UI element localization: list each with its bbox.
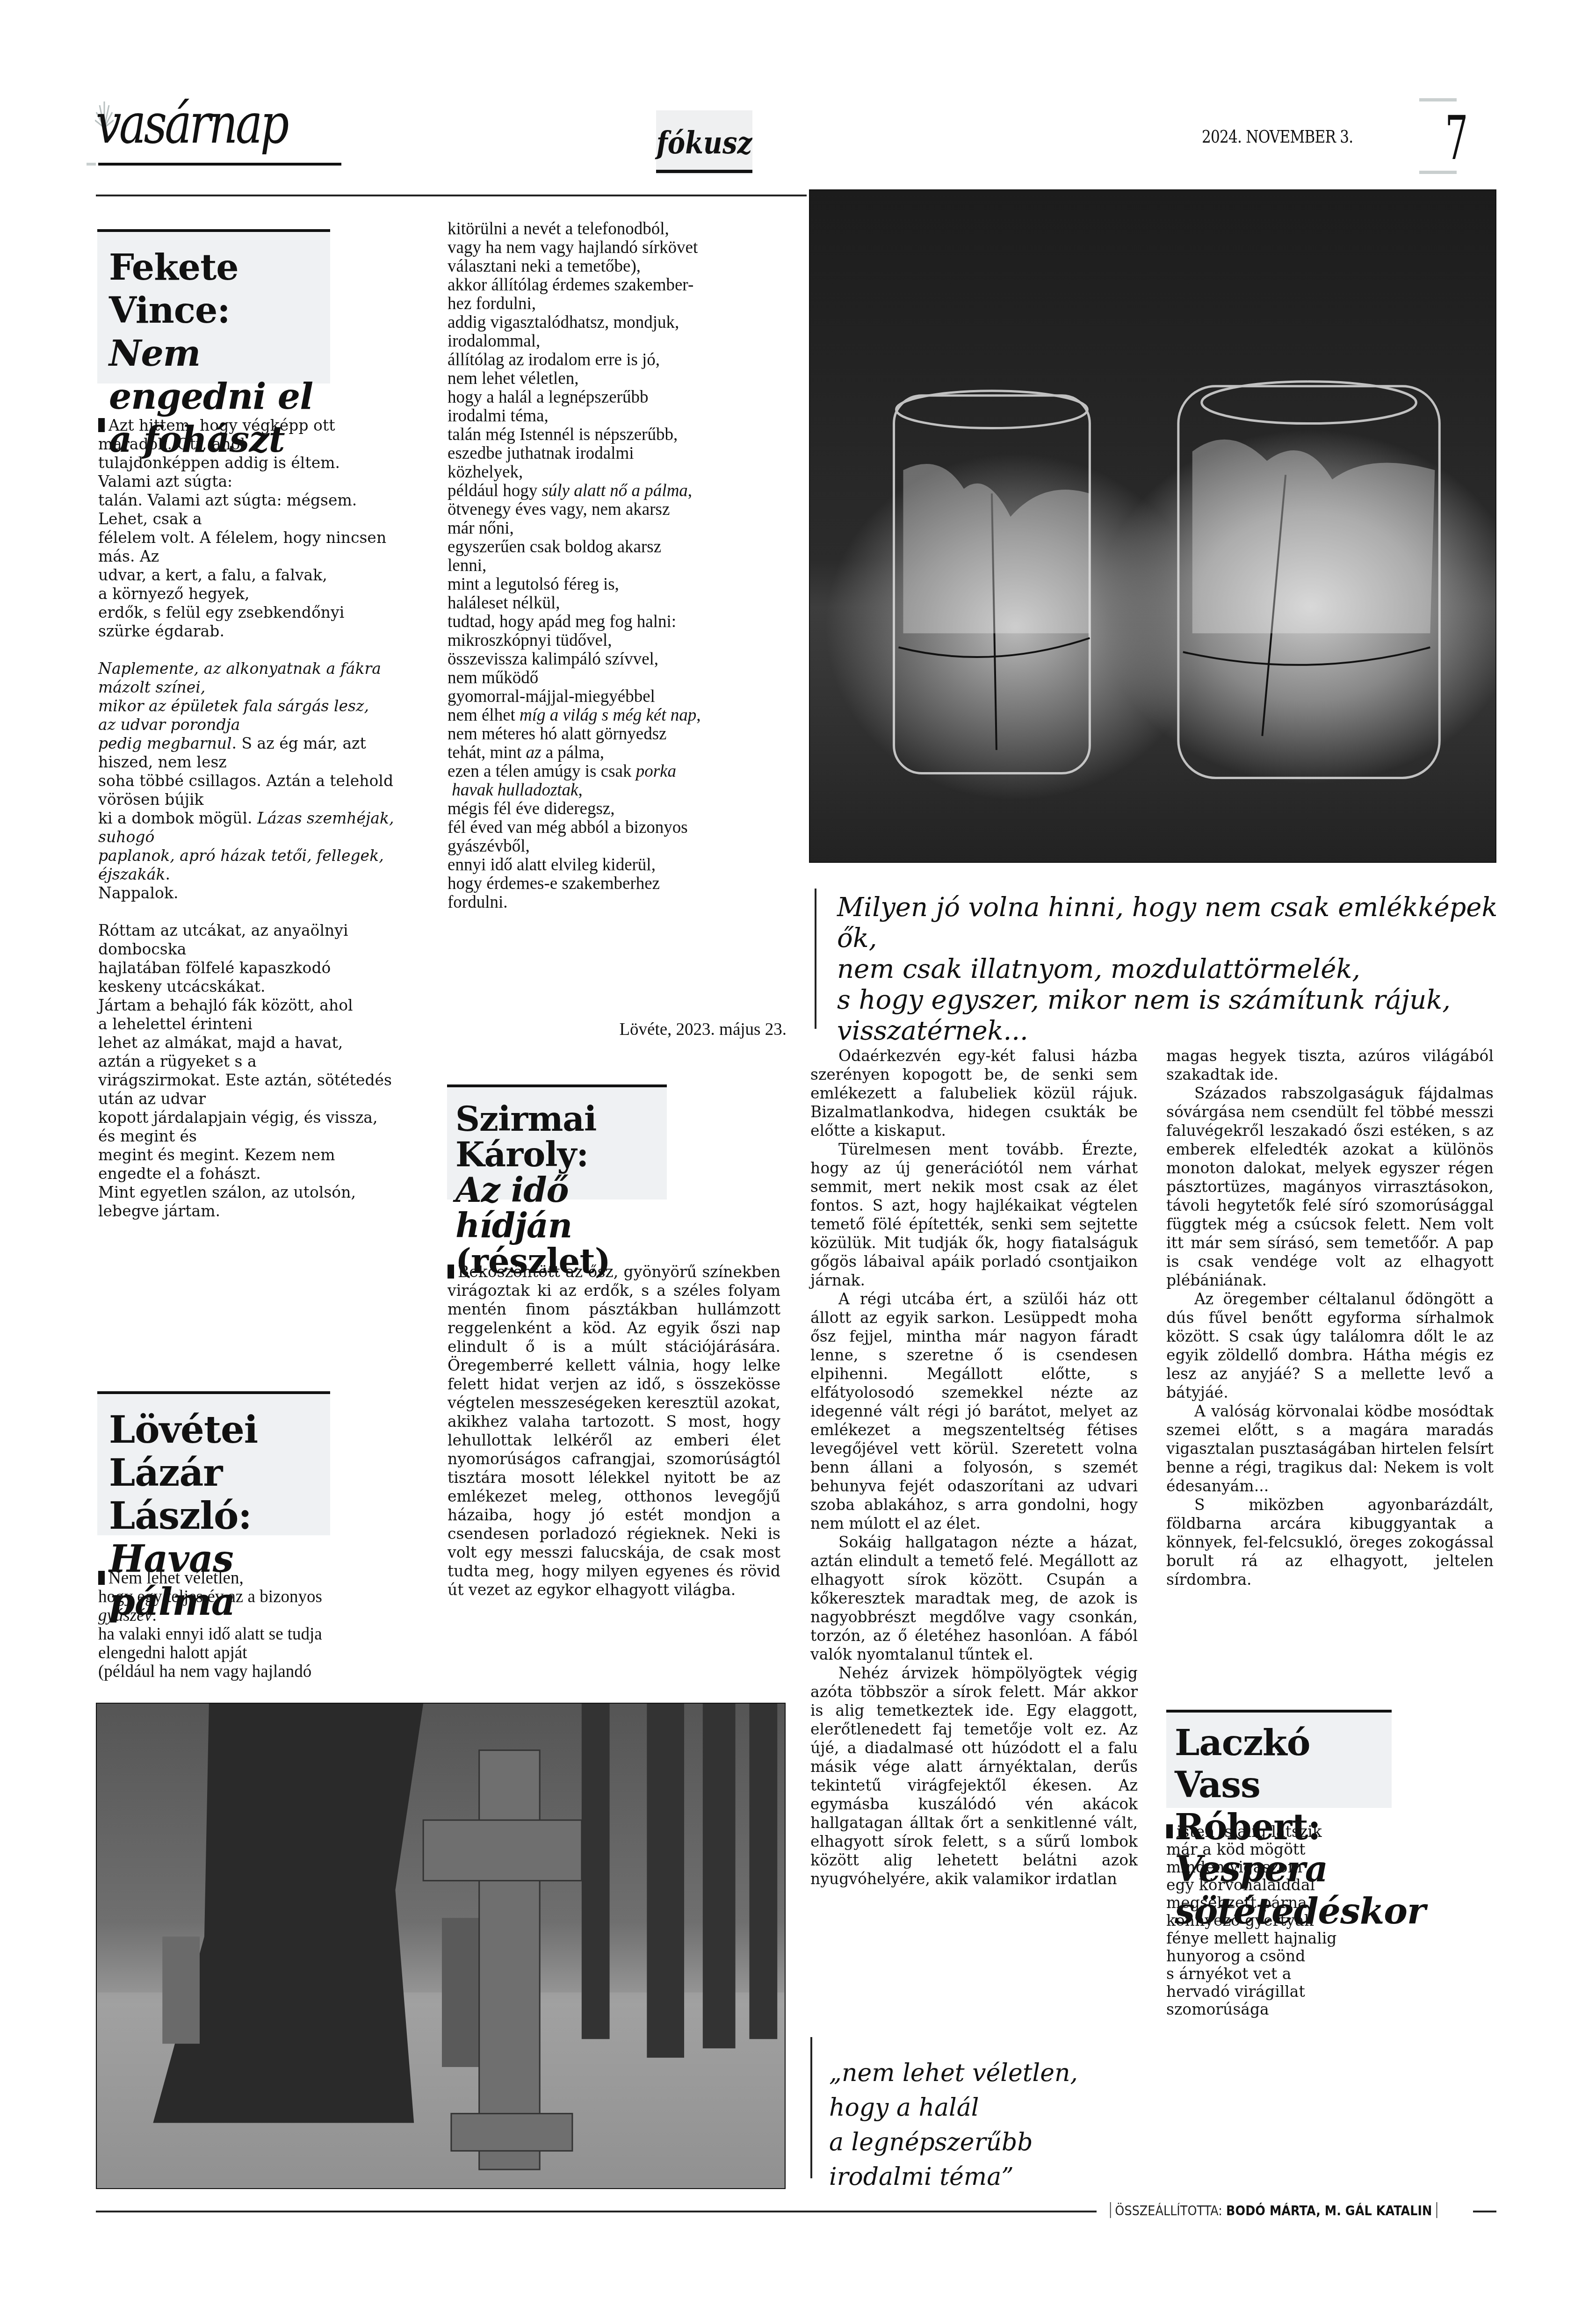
- page-number: 7: [1445, 108, 1468, 168]
- pull-quote-text: „nem lehet véletlen, hogy a halál a legn…: [829, 2056, 1100, 2194]
- header-rule: [96, 195, 807, 196]
- article-title: Szirmai Károly: Az idő hídján (részlet): [455, 1101, 667, 1279]
- poem-line: mikroszkópnyi tüdővel,: [448, 631, 784, 650]
- poem-line: nem működő: [448, 669, 784, 687]
- page-number-rule-bottom: [1419, 171, 1457, 174]
- poem-line: lehet az almákat, majd a havat,: [98, 1034, 426, 1052]
- poem-line: Jártam a behajló fák között, ahol: [98, 996, 426, 1015]
- story-body-col1: Beköszöntött az ősz, gyönyörű színekben …: [448, 1263, 780, 1599]
- author-name: Fekete Vince:: [109, 246, 330, 332]
- poem-line: más. Az: [98, 547, 426, 566]
- poem-line: és megint és: [98, 1127, 426, 1146]
- poem-line: a lehelettel érinteni: [98, 1015, 426, 1034]
- poem-line: isten is alig látszik: [1166, 1823, 1494, 1841]
- poem-line: után az udvar: [98, 1090, 426, 1108]
- poem-line: suhogó: [98, 828, 426, 846]
- poem-line: s árnyékot vet a: [1166, 1965, 1494, 1983]
- poem-body-fekete: Azt hittem, hogy végképp ottmaradok. Ott…: [98, 416, 426, 1221]
- poem-line: pedig megbarnul. S az ég már, azt: [98, 734, 426, 753]
- poem-line: fél éved van még abból a bizonyos: [448, 818, 784, 837]
- poem-line: minden vigaszom: [1166, 1858, 1494, 1876]
- cemetery-illustration-icon: [97, 1704, 785, 2188]
- poem-line: fénye mellett hajnalig: [1166, 1930, 1494, 1947]
- poem-line: addig vigasztalódhatsz, mondjuk,: [448, 313, 784, 332]
- logo-underline-accent: [87, 163, 96, 166]
- poem-line: Naplemente, az alkonyatnak a fákra: [98, 659, 426, 678]
- author-name: Laczkó Vass: [1175, 1722, 1392, 1806]
- poem-line: könnyező gyertyák: [1166, 1912, 1494, 1930]
- poem-line: virágszirmokat. Este aztán, sötétedés: [98, 1071, 426, 1090]
- page-number-rule-top: [1419, 98, 1457, 101]
- poem-line: egy körvonalaiddal: [1166, 1876, 1494, 1894]
- poem-line: dombocska: [98, 940, 426, 959]
- poem-line: állítólag az irodalom erre is jó,: [448, 351, 784, 369]
- paragraph: Százados rabszolgaságuk fájdalmas sóvárg…: [1166, 1084, 1494, 1290]
- newspaper-logo: vasárnap: [96, 96, 287, 151]
- poem-line: hiszed, nem lesz: [98, 753, 426, 772]
- poem-line: ha valaki ennyi idő alatt se tudja: [98, 1625, 426, 1644]
- author-name-cont: Lázár László:: [109, 1451, 330, 1537]
- poem-line: hogy érdemes-e szakemberhez: [448, 875, 784, 893]
- poem-line: ezen a télen amúgy is csak porka: [448, 762, 784, 781]
- poem-line: tudtad, hogy apád meg fog halni:: [448, 613, 784, 631]
- section-label-underline: [656, 170, 752, 173]
- poem-line: már nőni,: [448, 519, 784, 538]
- article-title-box-lovetei: Lövétei Lázár László: Havas pálma: [97, 1391, 330, 1535]
- poem-line: irodalommal,: [448, 332, 784, 351]
- story-body-col2: Odaérkezvén egy-két falusi házba szerény…: [810, 1047, 1138, 1888]
- footer-rule-end: [1473, 2211, 1496, 2212]
- paragraph: magas hegyek tiszta, azúros világából sz…: [1166, 1047, 1494, 1084]
- paragraph: S miközben agyonbarázdált, földbarna arc…: [1166, 1496, 1494, 1589]
- author-name: Lövétei: [109, 1408, 330, 1451]
- poem-line: fordulni.: [448, 893, 784, 912]
- poem-line: az udvar porondja: [98, 716, 426, 734]
- divider: [1110, 2202, 1111, 2218]
- poem-line: Róttam az utcákat, az anyaölnyi: [98, 921, 426, 940]
- credits: ÖSSZEÁLLÍTOTTA: BODÓ MÁRTA, M. GÁL KATAL…: [1106, 2202, 1441, 2219]
- article-title-box-laczko-bg: Laczkó Vass Róbert: Vespera sötétedéskor: [1166, 1710, 1392, 1808]
- poem-line: keskeny utcácskákat.: [98, 977, 426, 996]
- pull-quote-death-theme: „nem lehet véletlen, hogy a halál a legn…: [810, 2037, 1100, 2178]
- poem-line: Lehet, csak a: [98, 510, 426, 528]
- poem-line: erdők, s felül egy zsebkendőnyi: [98, 603, 426, 622]
- poem-line: aztán a rügyeket s a: [98, 1052, 426, 1071]
- poem-line: udvar, a kert, a falu, a falvak,: [98, 566, 426, 585]
- poem-line: gyászév:: [98, 1606, 426, 1625]
- credits-names: BODÓ MÁRTA, M. GÁL KATALIN: [1226, 2203, 1432, 2219]
- poem-line: haláleset nélkül,: [448, 594, 784, 613]
- poem-line: hogy a halál a legnépszerűbb: [448, 388, 784, 407]
- poem-title: Nem engedni el: [109, 332, 330, 418]
- article-title-box-fekete: Fekete Vince: Nem engedni el a fohászt: [97, 229, 330, 383]
- article-title-box-szirmai: Szirmai Károly: Az idő hídján (részlet): [447, 1084, 667, 1200]
- poem-line: megsebzett párna: [1166, 1894, 1494, 1912]
- jars-illustration-icon: [810, 190, 1495, 862]
- poem-body-laczko: isten is alig látszikmár a köd mögöttmin…: [1166, 1823, 1494, 2018]
- pull-quote-memories: Milyen jó volna hinni, hogy nem csak eml…: [815, 889, 1502, 1029]
- paragraph: A régi utcába ért, a szülői ház ott állo…: [810, 1290, 1138, 1533]
- poem-line: gyomorral-májjal-miegyébbel: [448, 687, 784, 706]
- poem-line: összevissza kalimpáló szívvel,: [448, 650, 784, 669]
- poem-line: szomorúsága: [1166, 2001, 1494, 2018]
- poem-line: gyászévből,: [448, 837, 784, 856]
- poem-line: eszedbe juthatnak irodalmi: [448, 444, 784, 463]
- lead-marker: [98, 418, 105, 432]
- poem-line: vagy ha nem vagy hajlandó sírkövet: [448, 239, 784, 257]
- poem-line: Nappalok.: [98, 884, 426, 903]
- author-name: Szirmai Károly:: [455, 1101, 667, 1172]
- poem-line: soha többé csillagos. Aztán a telehold: [98, 772, 426, 790]
- poem-line: már a köd mögött: [1166, 1841, 1494, 1858]
- poem-line: mázolt színei,: [98, 678, 426, 697]
- poem-line: hez fordulni,: [448, 295, 784, 313]
- pull-quote-text: Milyen jó volna hinni, hogy nem csak eml…: [837, 892, 1502, 1047]
- poem-line: mégis fél éve dideregsz,: [448, 800, 784, 818]
- logo-underline: [98, 163, 341, 166]
- paragraph: Beköszöntött az ősz, gyönyörű színekben …: [448, 1263, 780, 1599]
- poem-line: hervadó virágillat: [1166, 1983, 1494, 2001]
- poem-line: lebegve jártam.: [98, 1202, 426, 1221]
- lead-marker: [98, 1571, 105, 1585]
- poem-line: paplanok, apró házak tetői, fellegek,: [98, 846, 426, 865]
- poem-line: kopott járdalapjain végig, és vissza,: [98, 1108, 426, 1127]
- poem-line: Nem lehet véletlen,: [98, 1569, 426, 1588]
- poem-line: talán még Istennél is népszerűbb,: [448, 426, 784, 444]
- poem-line: félelem volt. A félelem, hogy nincsen: [98, 528, 426, 547]
- paragraph: A valóság körvonalai ködbe mosódtak szem…: [1166, 1402, 1494, 1496]
- lead-marker: [1166, 1824, 1173, 1838]
- poem-line: például hogy súly alatt nő a pálma,: [448, 482, 784, 500]
- poem-line: akkor állítólag érdemes szakember-: [448, 276, 784, 295]
- poem-line: ennyi idő alatt elvileg kiderül,: [448, 856, 784, 875]
- photo-cemetery-cross: [96, 1703, 786, 2189]
- poem-line: tehát, mint az a pálma,: [448, 744, 784, 762]
- poem-line: Azt hittem, hogy végképp ott: [98, 416, 426, 435]
- paragraph: Sokáig hallgatagon nézte a házat, aztán …: [810, 1533, 1138, 1664]
- section-label: fókusz: [663, 110, 745, 174]
- poem-line: vörösen bújik: [98, 790, 426, 809]
- poem-line: hajlatában fölfelé kapaszkodó: [98, 959, 426, 977]
- poem-line: nem méteres hó alatt görnyedsz: [448, 725, 784, 744]
- photo-leaf-jars: [809, 189, 1496, 863]
- poem-line: elengedni halott apját: [98, 1644, 426, 1662]
- poem-line: talán. Valami azt súgta: mégsem.: [98, 491, 426, 510]
- paragraph: Nehéz árvizek hömpölyögtek végig azóta t…: [810, 1664, 1138, 1888]
- poem-line: ötvenegy éves vagy, nem akarsz: [448, 500, 784, 519]
- poem-signature: Lövéte, 2023. május 23.: [448, 1019, 787, 1040]
- poem-line: választani neki a temetőbe),: [448, 257, 784, 276]
- poem-line: nem élhet míg a világ s még két nap,: [448, 706, 784, 725]
- story-title: Az idő hídján: [455, 1172, 667, 1243]
- poem-line: szürke égdarab.: [98, 622, 426, 641]
- lead-marker: [448, 1265, 454, 1279]
- poem-line: havak hulladoztak,: [448, 781, 784, 800]
- poem-line: nem lehet véletlen,: [448, 369, 784, 388]
- poem-line: megint és megint. Kezem nem: [98, 1146, 426, 1164]
- poem-line: tulajdonképpen addig is éltem.: [98, 454, 426, 472]
- poem-body-lovetei-col2: kitörülni a nevét a telefonodból,vagy ha…: [448, 220, 784, 912]
- poem-line: hogy egy teljes év az a bizonyos: [98, 1588, 426, 1606]
- poem-line: mikor az épületek fala sárgás lesz,: [98, 697, 426, 716]
- paragraph: Odaérkezvén egy-két falusi házba szerény…: [810, 1047, 1138, 1140]
- credits-label: ÖSSZEÁLLÍTOTTA:: [1115, 2203, 1222, 2219]
- poem-line: hunyorog a csönd: [1166, 1947, 1494, 1965]
- poem-body-lovetei-col1: Nem lehet véletlen,hogy egy teljes év az…: [98, 1569, 426, 1681]
- poem-line: közhelyek,: [448, 463, 784, 482]
- paragraph: Az öregember céltalanul ődöngött a dús f…: [1166, 1290, 1494, 1402]
- poem-line: ki a dombok mögül. Lázas szemhéjak,: [98, 809, 426, 828]
- issue-date: 2024. NOVEMBER 3.: [1202, 126, 1353, 147]
- paragraph: Türelmesen ment tovább. Érezte, hogy az …: [810, 1140, 1138, 1290]
- poem-line: a környező hegyek,: [98, 585, 426, 603]
- poem-line: irodalmi téma,: [448, 407, 784, 426]
- poem-line: Mint egyetlen szálon, az utolsón,: [98, 1183, 426, 1202]
- poem-line: (például ha nem vagy hajlandó: [98, 1662, 426, 1681]
- poem-line: engedte el a fohászt.: [98, 1164, 426, 1183]
- poem-line: éjszakák.: [98, 865, 426, 884]
- poem-line: mint a legutolsó féreg is,: [448, 575, 784, 594]
- poem-line: maradok. Ott, ahol: [98, 435, 426, 454]
- divider: [1436, 2202, 1437, 2218]
- poem-line: egyszerűen csak boldog akarsz: [448, 538, 784, 557]
- poem-line: kitörülni a nevét a telefonodból,: [448, 220, 784, 239]
- poem-line: Valami azt súgta:: [98, 472, 426, 491]
- poem-line: lenni,: [448, 557, 784, 575]
- footer-rule: [96, 2211, 1097, 2212]
- story-body-col3: magas hegyek tiszta, azúros világából sz…: [1166, 1047, 1494, 1589]
